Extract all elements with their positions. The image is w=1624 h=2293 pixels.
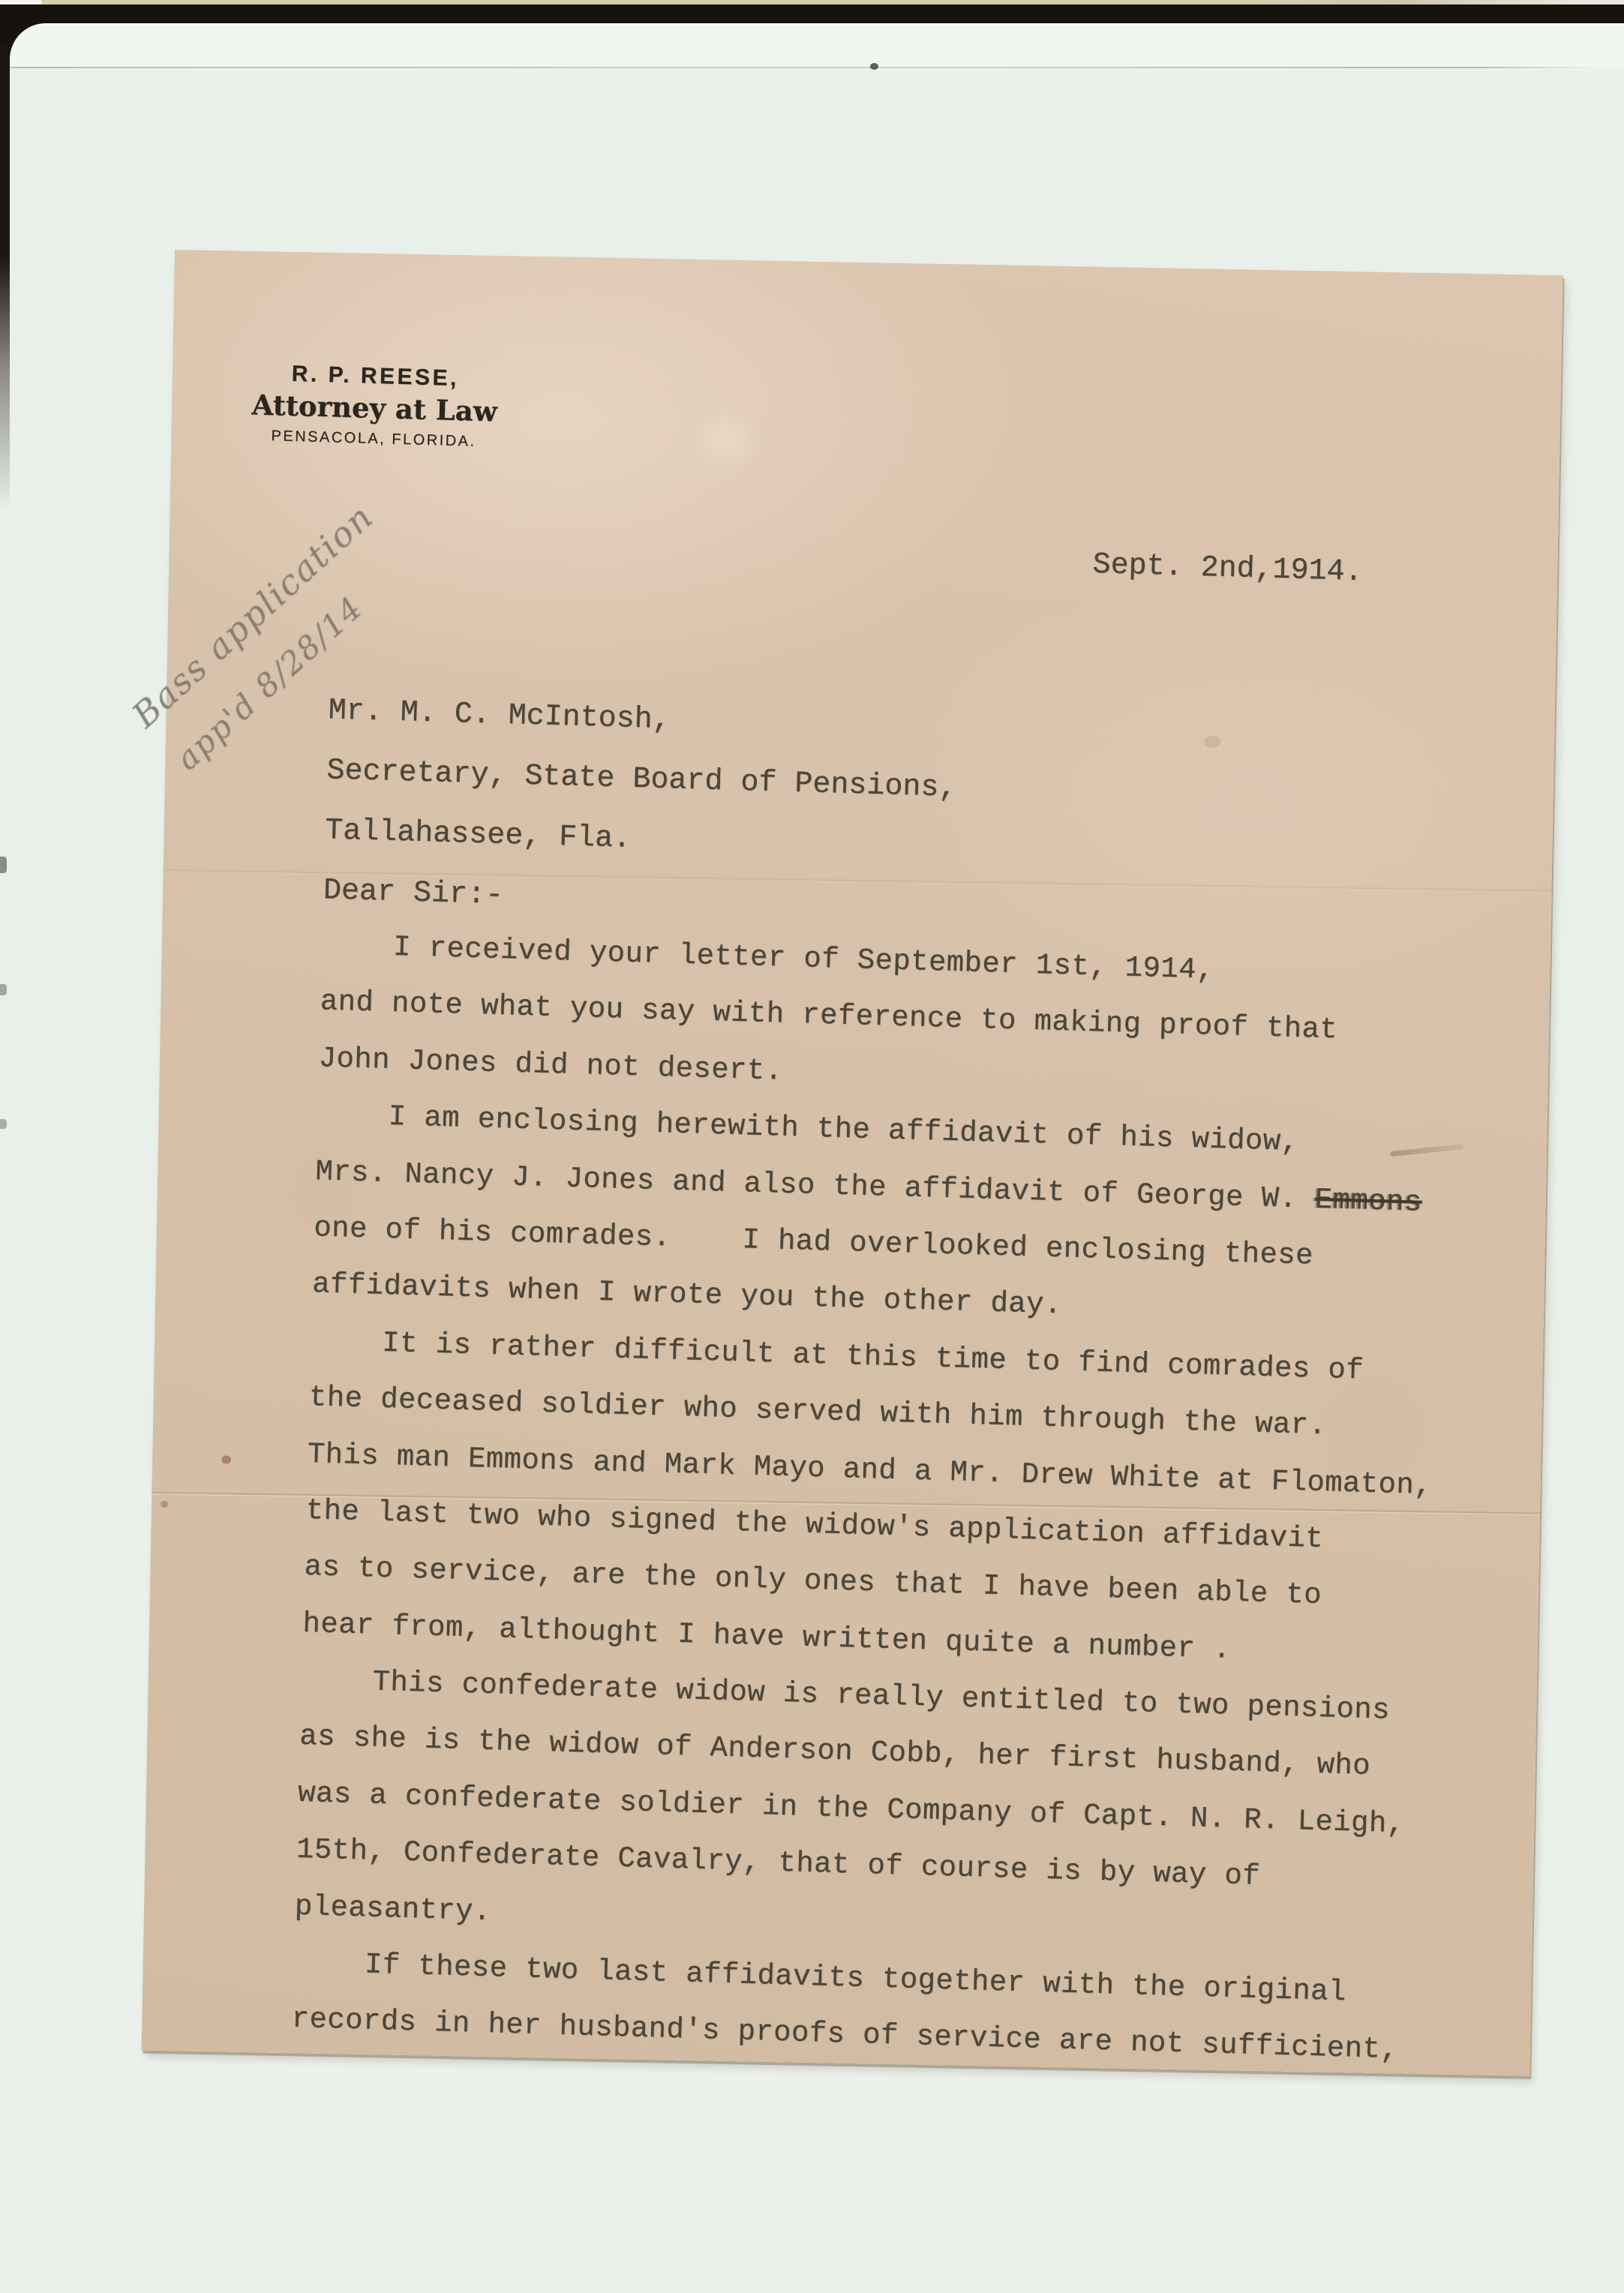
scan-edge-mark <box>0 857 7 873</box>
letter-line-text: affidavits when I wrote you the other da… <box>312 1268 1063 1322</box>
scan-black-band <box>0 5 1624 25</box>
recipient-block: Mr. M. C. McIntosh,Secretary, State Boar… <box>324 681 959 879</box>
letter-line-text: pleasantry. <box>294 1889 491 1928</box>
letter-content: R. P. REESE, Attorney at Law PENSACOLA, … <box>125 243 1563 2082</box>
struck-word: Emmons <box>1314 1183 1422 1219</box>
scan-edge-mark <box>0 1119 7 1129</box>
letter-body: I received your letter of September 1st,… <box>291 917 1447 2079</box>
scan-left-edge-shadow <box>0 45 10 510</box>
letter-date: Sept. 2nd,1914. <box>1092 548 1363 590</box>
scan-edge-mark <box>0 984 7 995</box>
letter-paper: R. P. REESE, Attorney at Law PENSACOLA, … <box>142 250 1563 2076</box>
album-page-seam-line <box>10 67 1600 68</box>
album-page-speck <box>870 63 878 70</box>
salutation: Dear Sir:- <box>323 861 504 926</box>
letter-line-text: John Jones did not desert. <box>318 1042 783 1088</box>
